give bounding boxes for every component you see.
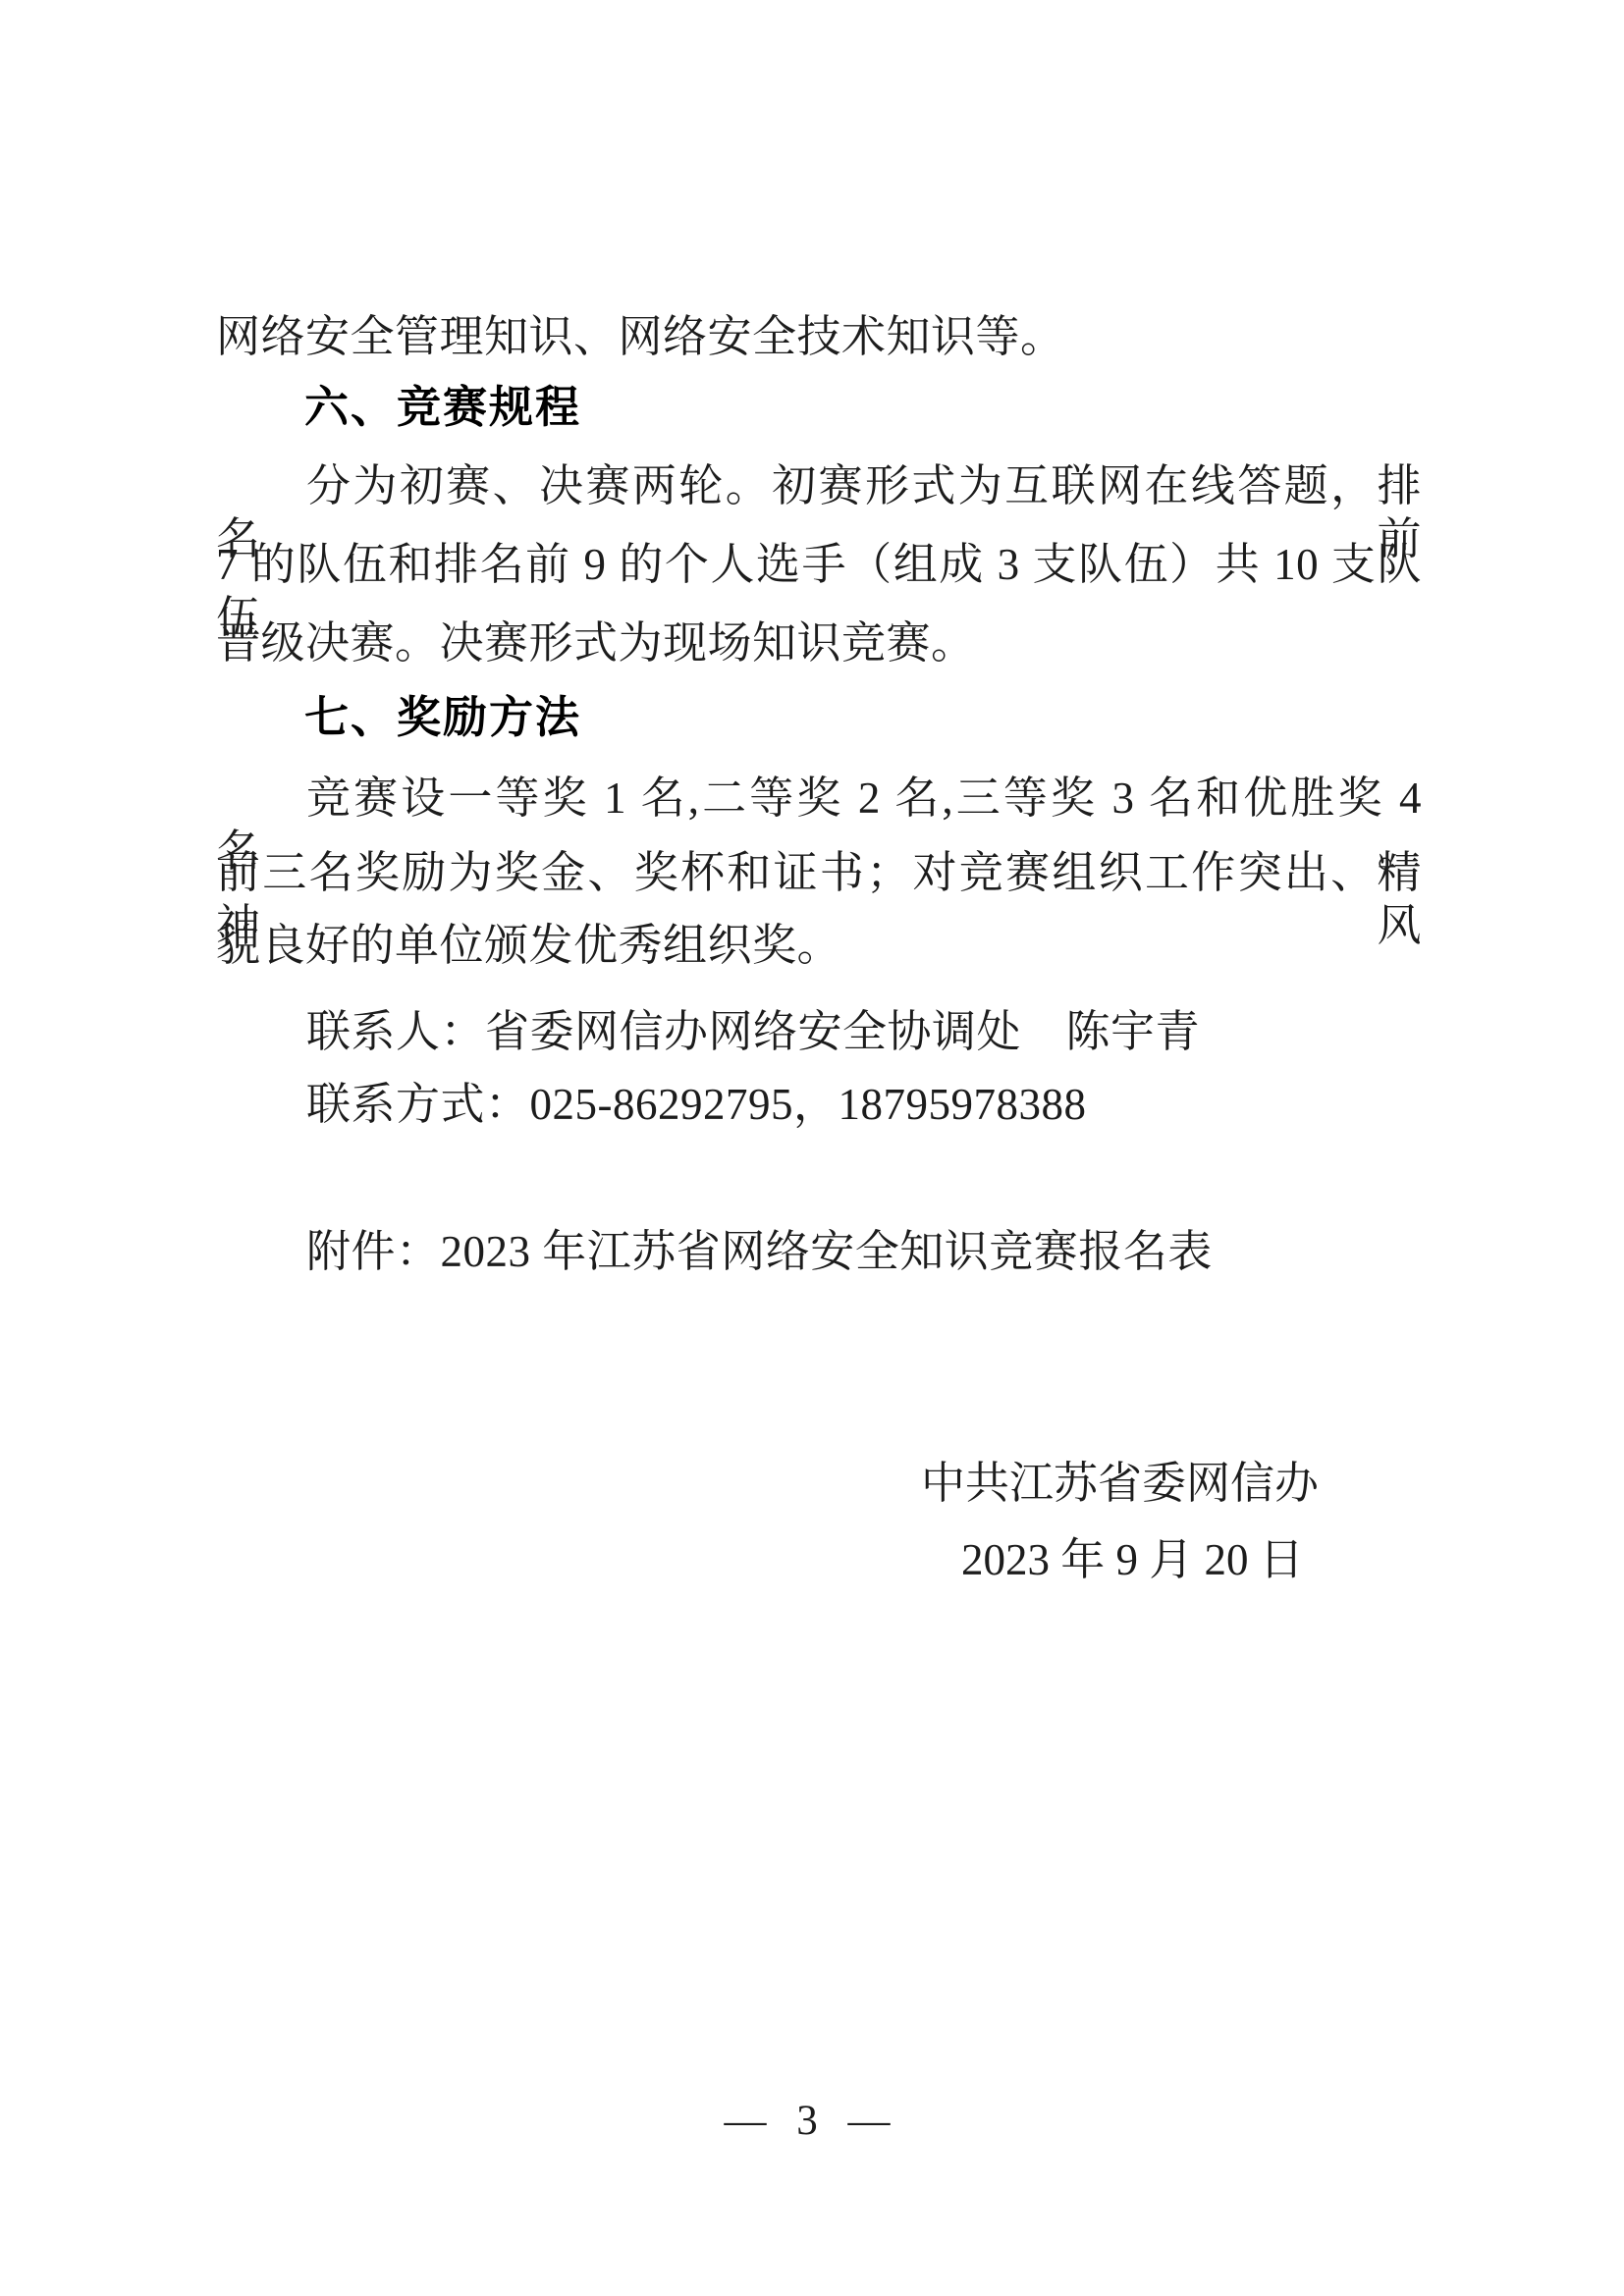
section-heading-award-method: 七、奖励方法 [216, 691, 1510, 744]
section-heading-competition-rules: 六、竞赛规程 [216, 381, 1510, 434]
intro-continuation-line: 网络安全管理知识、网络安全技术知识等。 [216, 310, 1422, 363]
contact-person-line: 联系人：省委网信办网络安全协调处 陈宇青 [216, 1005, 1422, 1058]
signature-organization: 中共江苏省委网信办 [921, 1457, 1319, 1510]
contact-method-line: 联系方式：025-86292795，18795978388 [216, 1078, 1422, 1131]
page-number: — 3 — [0, 2097, 1624, 2145]
attachment-line: 附件：2023 年江苏省网络安全知识竞赛报名表 [216, 1225, 1422, 1278]
paragraph-line: 貌良好的单位颁发优秀组织奖。 [216, 919, 1422, 972]
document-page: 网络安全管理知识、网络安全技术知识等。 六、竞赛规程 分为初赛、决赛两轮。初赛形… [0, 0, 1624, 2296]
signature-date: 2023 年 9 月 20 日 [961, 1533, 1304, 1586]
paragraph-line: 晋级决赛。决赛形式为现场知识竞赛。 [216, 616, 1422, 669]
